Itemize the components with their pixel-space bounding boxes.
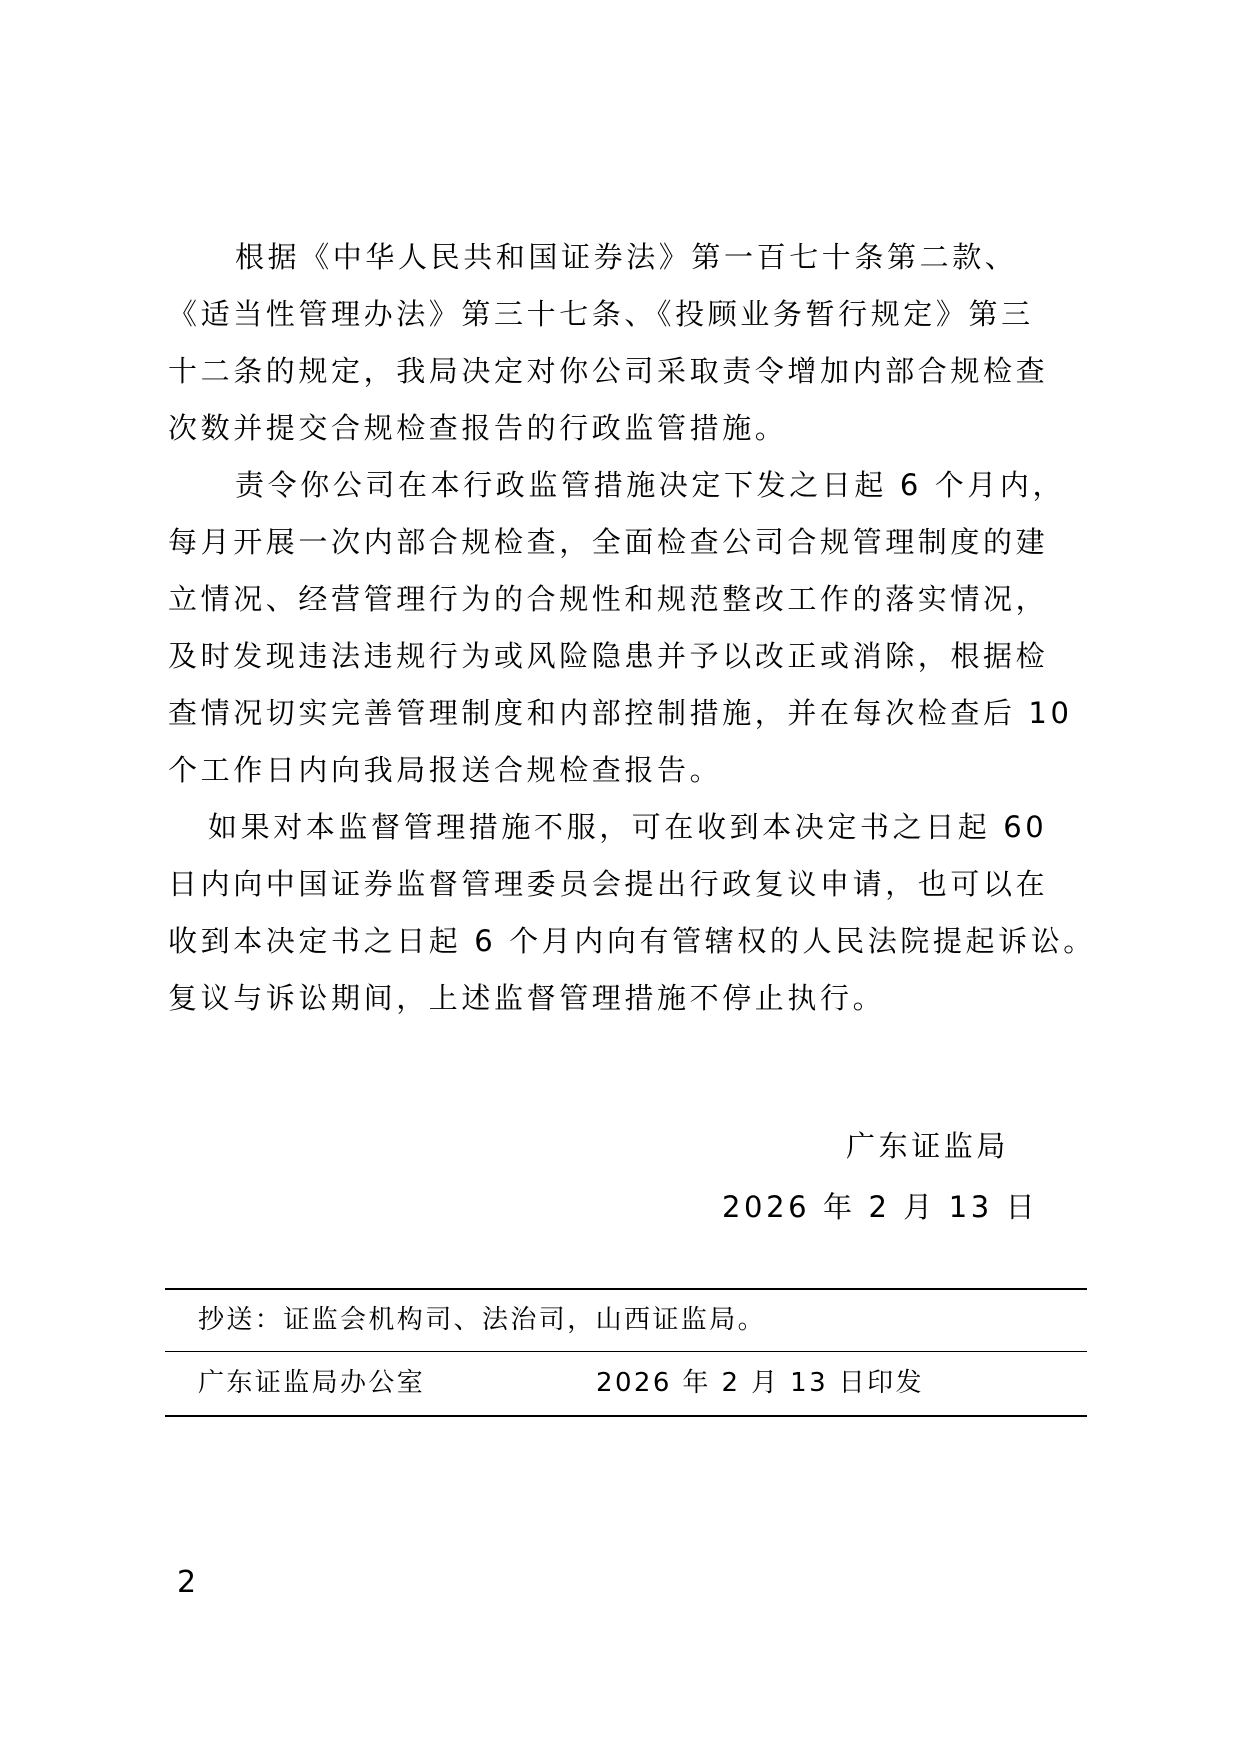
issue-date: 2026 年 2 月 13 日: [722, 1190, 1038, 1224]
paragraph-line: 个工作日内向我局报送合规检查报告。: [168, 753, 722, 787]
footer-middle-rule: [165, 1351, 1087, 1352]
paragraph-line: 及时发现违法违规行为或风险隐患并予以改正或消除，根据检: [168, 639, 1048, 673]
issuer-name: 广东证监局: [846, 1129, 1009, 1163]
paragraph-line: 复议与诉讼期间，上述监督管理措施不停止执行。: [168, 981, 885, 1015]
print-date: 2026 年 2 月 13 日印发: [596, 1367, 924, 1399]
issuing-office: 广东证监局办公室: [198, 1367, 425, 1399]
paragraph-line: 每月开展一次内部合规检查，全面检查公司合规管理制度的建: [168, 525, 1048, 559]
paragraph-line: 日内向中国证券监督管理委员会提出行政复议申请，也可以在: [168, 867, 1048, 901]
paragraph-line: 根据《中华人民共和国证券法》第一百七十条第二款、: [235, 240, 1017, 274]
paragraph-line: 次数并提交合规检查报告的行政监管措施。: [168, 411, 787, 445]
paragraph-line: 查情况切实完善管理制度和内部控制措施，并在每次检查后 10: [168, 696, 1073, 730]
page-number: 2: [177, 1566, 196, 1600]
paragraph-line: 责令你公司在本行政监管措施决定下发之日起 6 个月内，: [235, 468, 1065, 502]
cc-list: 抄送：证监会机构司、法治司，山西证监局。: [198, 1304, 766, 1336]
document-page: 根据《中华人民共和国证券法》第一百七十条第二款、 《适当性管理办法》第三十七条、…: [0, 0, 1241, 1754]
paragraph-line: 《适当性管理办法》第三十七条、《投顾业务暂行规定》第三: [168, 297, 1034, 331]
paragraph-line: 收到本决定书之日起 6 个月内向有管辖权的人民法院提起诉讼。: [168, 924, 1096, 958]
paragraph-line: 十二条的规定，我局决定对你公司采取责令增加内部合规检查: [168, 354, 1048, 388]
paragraph-line: 立情况、经营管理行为的合规性和规范整改工作的落实情况，: [168, 582, 1048, 616]
footer-bottom-rule: [165, 1415, 1087, 1417]
paragraph-line: 如果对本监督管理措施不服，可在收到本决定书之日起 60: [208, 810, 1047, 844]
footer-top-rule: [165, 1288, 1087, 1290]
